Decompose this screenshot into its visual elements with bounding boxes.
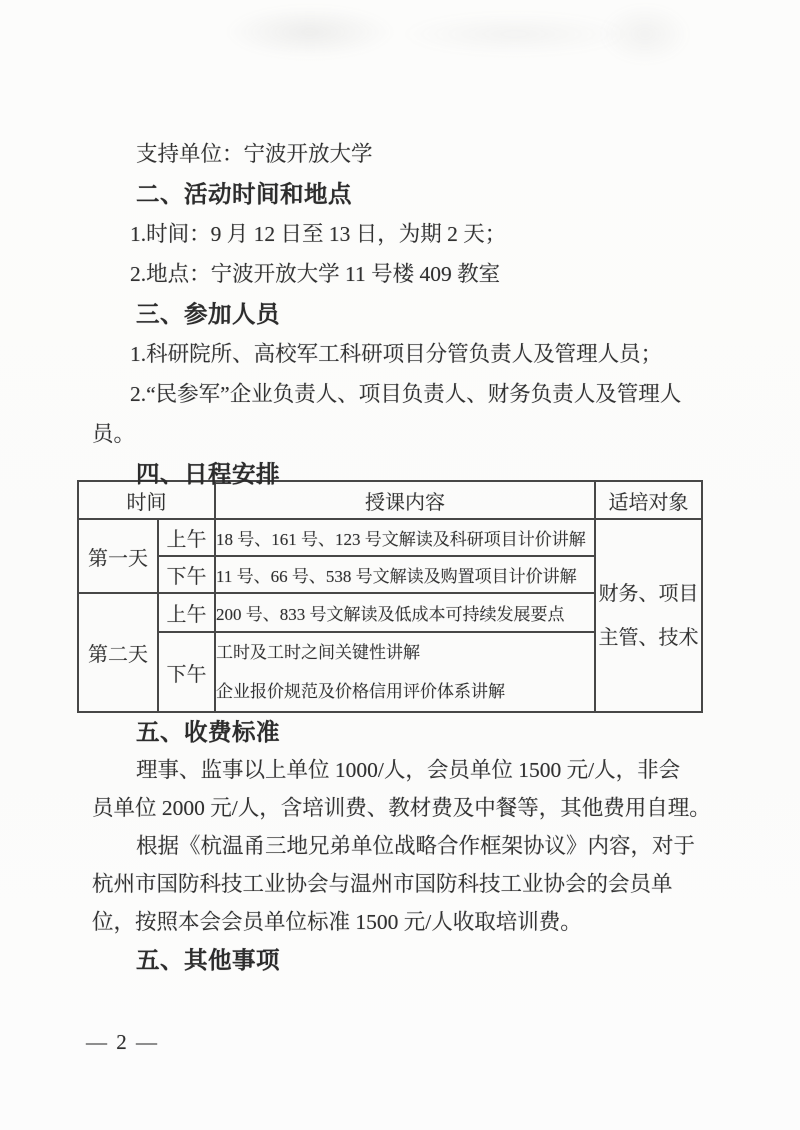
heading-activity-time-place: 二、活动时间和地点 (92, 174, 714, 214)
schedule-day2-pm-content: 工时及工时之间关键性讲解 企业报价规范及价格信用评价体系讲解 (215, 632, 595, 712)
document-body: 支持单位：宁波开放大学 二、活动时间和地点 1.时间：9 月 12 日至 13 … (92, 134, 714, 979)
fees-para2-line-2: 杭州市国防科技工业协会与温州市国防科技工业协会的会员单 (92, 865, 714, 903)
page-number: — 2 — (86, 1030, 159, 1055)
schedule-day1-label: 第一天 (78, 519, 158, 593)
scanned-document-page: 支持单位：宁波开放大学 二、活动时间和地点 1.时间：9 月 12 日至 13 … (0, 0, 800, 1130)
fees-para1-line-1: 理事、监事以上单位 1000/人，会员单位 1500 元/人，非会 (92, 751, 714, 789)
fees-para1-line-2: 员单位 2000 元/人，含培训费、教材费及中餐等，其他费用自理。 (92, 789, 714, 827)
schedule-audience-line-1: 财务、项目 (596, 572, 701, 616)
scan-artifact (225, 6, 395, 58)
fees-section: 五、收费标准 理事、监事以上单位 1000/人，会员单位 1500 元/人，非会… (92, 713, 714, 979)
schedule-audience-cell: 财务、项目 主管、技术 (595, 519, 702, 712)
activity-place-item: 2.地点：宁波开放大学 11 号楼 409 教室 (92, 254, 714, 294)
fees-para2-line-1: 根据《杭温甬三地兄弟单位战略合作框架协议》内容，对于 (92, 827, 714, 865)
schedule-table: 时间 授课内容 适培对象 第一天 上午 18 号、161 号、123 号文解读及… (77, 480, 703, 713)
schedule-col-audience: 适培对象 (595, 481, 702, 519)
schedule-day2-am-label: 上午 (158, 593, 215, 632)
support-unit-line: 支持单位：宁波开放大学 (92, 134, 714, 174)
scan-artifact (400, 14, 630, 54)
schedule-audience-line-2: 主管、技术 (596, 616, 701, 660)
schedule-day1-am-label: 上午 (158, 519, 215, 556)
participants-item-1: 1.科研院所、高校军工科研项目分管负责人及管理人员； (92, 334, 714, 374)
fees-para2-line-3: 位，按照本会会员单位标准 1500 元/人收取培训费。 (92, 903, 714, 941)
activity-time-item: 1.时间：9 月 12 日至 13 日，为期 2 天； (92, 214, 714, 254)
schedule-day1-pm-content: 11 号、66 号、538 号文解读及购置项目计价讲解 (215, 556, 595, 593)
schedule-day2-pm-content-line-2: 企业报价规范及价格信用评价体系讲解 (216, 672, 594, 711)
schedule-day2-pm-label: 下午 (158, 632, 215, 712)
scan-artifact (600, 4, 690, 64)
heading-other-items: 五、其他事项 (92, 941, 714, 979)
schedule-row-day1-am: 第一天 上午 18 号、161 号、123 号文解读及科研项目计价讲解 财务、项… (78, 519, 702, 556)
heading-fees: 五、收费标准 (92, 713, 714, 751)
schedule-day2-pm-content-line-1: 工时及工时之间关键性讲解 (216, 633, 594, 672)
schedule-day1-pm-label: 下午 (158, 556, 215, 593)
schedule-day2-am-content: 200 号、833 号文解读及低成本可持续发展要点 (215, 593, 595, 632)
schedule-day2-label: 第二天 (78, 593, 158, 712)
schedule-day1-am-content: 18 号、161 号、123 号文解读及科研项目计价讲解 (215, 519, 595, 556)
participants-item-2-line-1: 2.“民参军”企业负责人、项目负责人、财务负责人及管理人 (92, 374, 714, 414)
participants-item-2-line-2: 员。 (92, 414, 714, 454)
heading-participants: 三、参加人员 (92, 294, 714, 334)
